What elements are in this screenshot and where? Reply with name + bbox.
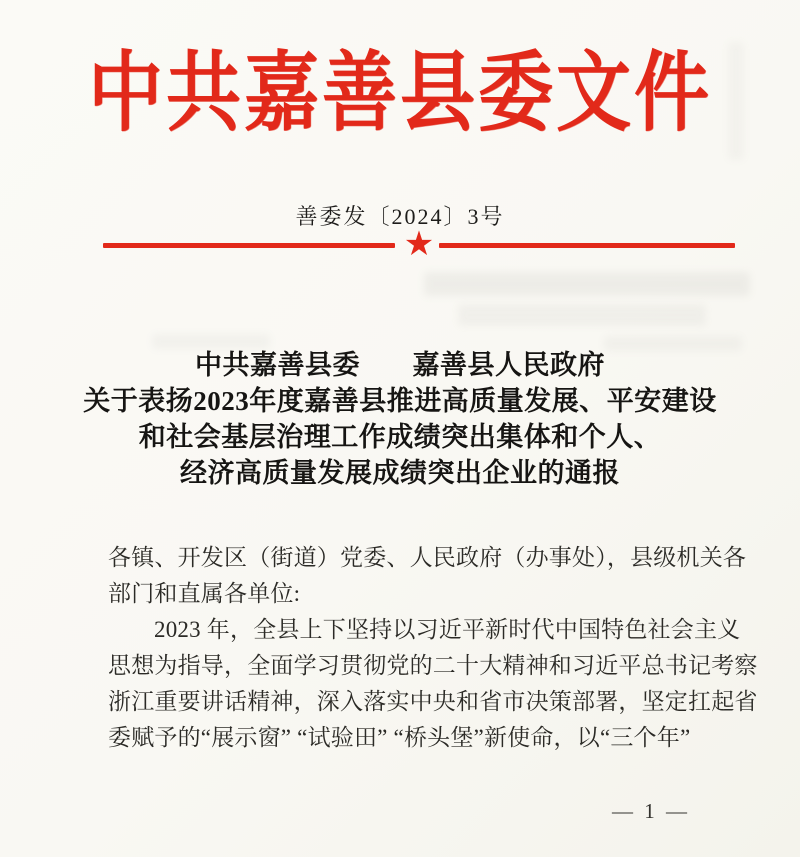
ink-bleedthrough-artifact	[424, 272, 750, 296]
title-line-issuers: 中共嘉善县委 嘉善县人民政府	[0, 347, 800, 383]
letterhead-title: 中共嘉善县委文件	[0, 24, 800, 148]
salutation-line: 部门和直属各单位:	[108, 576, 740, 612]
title-line-3: 和社会基层治理工作成绩突出集体和个人、	[0, 419, 800, 455]
paragraph-line: 浙江重要讲话精神，深入落实中央和省市决策部署，坚定扛起省	[108, 684, 740, 720]
issuer-people-government: 嘉善县人民政府	[413, 350, 606, 380]
title-line-2: 关于表扬2023年度嘉善县推进高质量发展、平安建设	[0, 383, 800, 419]
red-divider-rule: ★	[103, 232, 735, 266]
red-rule-left-segment	[103, 243, 395, 248]
red-rule-right-segment	[439, 243, 735, 248]
document-title: 中共嘉善县委 嘉善县人民政府 关于表扬2023年度嘉善县推进高质量发展、平安建设…	[0, 347, 800, 491]
document-body: 各镇、开发区（街道）党委、人民政府（办事处），县级机关各 部门和直属各单位: 2…	[108, 540, 740, 756]
issuer-party-committee: 中共嘉善县委	[195, 350, 360, 380]
star-icon: ★	[398, 223, 440, 265]
page-number: — 1 —	[612, 799, 690, 824]
paragraph-line: 委赋予的“展示窗” “试验田” “桥头堡”新使命，以“三个年”	[108, 720, 740, 756]
paragraph-line: 思想为指导，全面学习贯彻党的二十大精神和习近平总书记考察	[108, 648, 740, 684]
salutation-line: 各镇、开发区（街道）党委、人民政府（办事处），县级机关各	[108, 540, 740, 576]
ink-bleedthrough-artifact	[458, 304, 706, 326]
paragraph-line: 2023 年，全县上下坚持以习近平新时代中国特色社会主义	[108, 612, 740, 648]
title-line-4: 经济高质量发展成绩突出企业的通报	[0, 455, 800, 491]
document-page: 中共嘉善县委文件 善委发〔2024〕3号 ★ 中共嘉善县委 嘉善县人民政府 关于…	[0, 0, 800, 857]
